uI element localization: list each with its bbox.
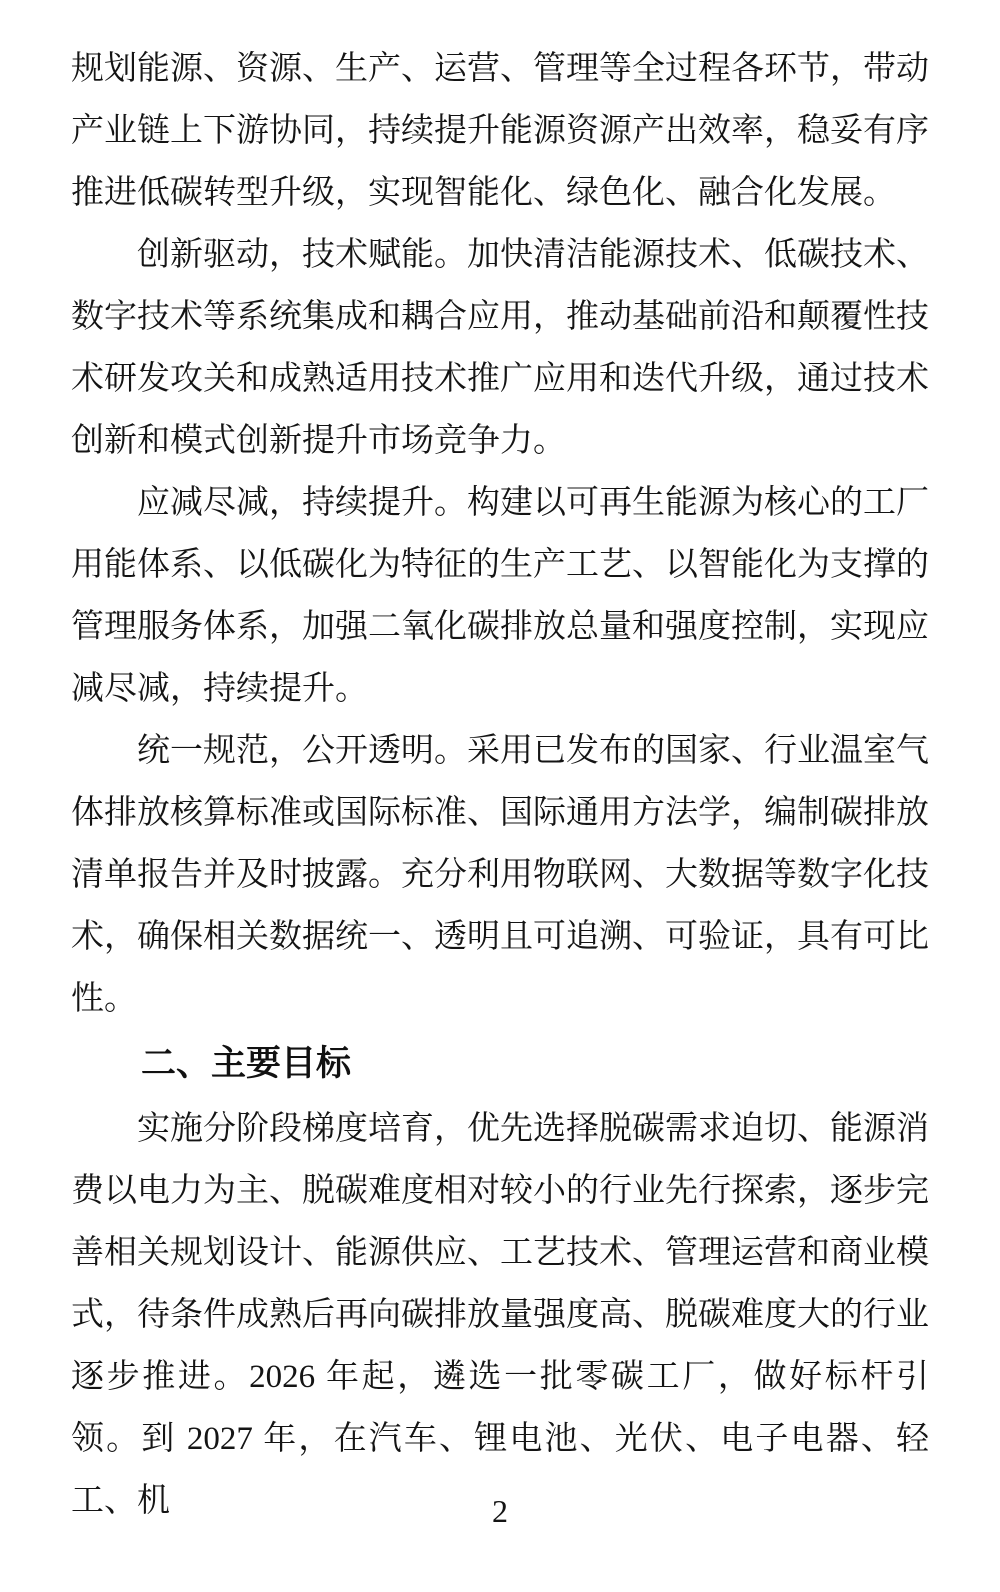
section-heading: 二、主要目标 (71, 1032, 929, 1096)
paragraph: 统一规范，公开透明。采用已发布的国家、行业温室气体排放核算标准或国际标准、国际通… (71, 720, 929, 1030)
paragraph-continuation: 规划能源、资源、生产、运营、管理等全过程各环节，带动产业链上下游协同，持续提升能… (71, 38, 929, 224)
paragraph: 应减尽减，持续提升。构建以可再生能源为核心的工厂用能体系、以低碳化为特征的生产工… (71, 472, 929, 720)
paragraph: 创新驱动，技术赋能。加快清洁能源技术、低碳技术、数字技术等系统集成和耦合应用，推… (71, 224, 929, 472)
document-page: 规划能源、资源、生产、运营、管理等全过程各环节，带动产业链上下游协同，持续提升能… (0, 0, 1000, 1592)
document-body: 规划能源、资源、生产、运营、管理等全过程各环节，带动产业链上下游协同，持续提升能… (71, 38, 929, 1532)
page-number: 2 (0, 1490, 1000, 1532)
paragraph: 实施分阶段梯度培育，优先选择脱碳需求迫切、能源消费以电力为主、脱碳难度相对较小的… (71, 1098, 929, 1532)
